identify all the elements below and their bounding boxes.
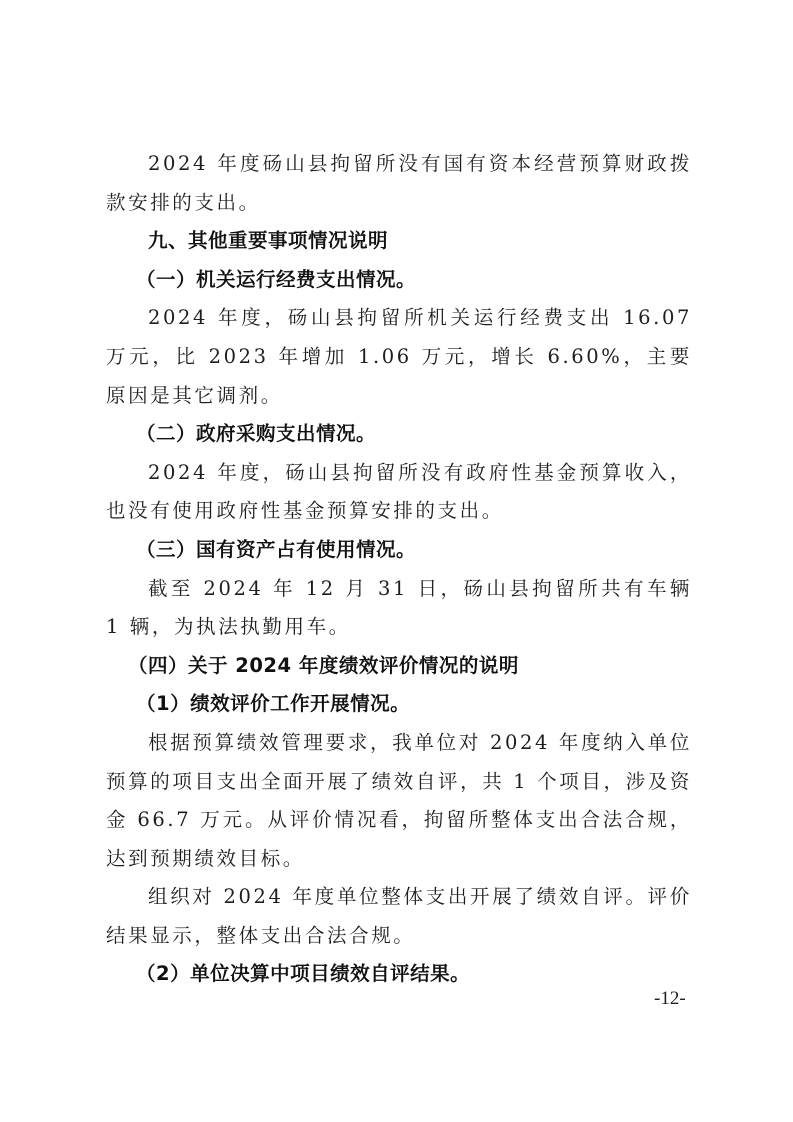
document-body: 2024 年度砀山县拘留所没有国有资本经营预算财政拨款安排的支出。 九、其他重要… xyxy=(106,145,692,994)
paragraph-government-procurement: 2024 年度，砀山县拘留所没有政府性基金预算收入，也没有使用政府性基金预算安排… xyxy=(106,454,692,531)
subheading-operating-expenses: （一）机关运行经费支出情况。 xyxy=(106,261,692,300)
paragraph-no-state-capital-budget: 2024 年度砀山县拘留所没有国有资本经营预算财政拨款安排的支出。 xyxy=(106,145,692,222)
page-number: -12- xyxy=(654,988,686,1010)
subheading-government-procurement: （二）政府采购支出情况。 xyxy=(106,415,692,454)
paragraph-evaluation-work: 根据预算绩效管理要求，我单位对 2024 年度纳入单位预算的项目支出全面开展了绩… xyxy=(106,724,692,878)
paragraph-operating-expenses: 2024 年度，砀山县拘留所机关运行经费支出 16.07 万元，比 2023 年… xyxy=(106,299,692,415)
section-heading-other-matters: 九、其他重要事项情况说明 xyxy=(106,222,692,261)
subheading-evaluation-work: （1）绩效评价工作开展情况。 xyxy=(106,685,692,724)
paragraph-state-assets: 截至 2024 年 12 月 31 日，砀山县拘留所共有车辆 1 辆，为执法执勤… xyxy=(106,570,692,647)
paragraph-overall-evaluation: 组织对 2024 年度单位整体支出开展了绩效自评。评价结果显示，整体支出合法合规… xyxy=(106,878,692,955)
document-page: 2024 年度砀山县拘留所没有国有资本经营预算财政拨款安排的支出。 九、其他重要… xyxy=(0,0,793,1122)
subheading-project-self-evaluation: （2）单位决算中项目绩效自评结果。 xyxy=(106,955,692,994)
subheading-performance-evaluation: （四）关于 2024 年度绩效评价情况的说明 xyxy=(106,647,692,686)
subheading-state-assets: （三）国有资产占有使用情况。 xyxy=(106,531,692,570)
